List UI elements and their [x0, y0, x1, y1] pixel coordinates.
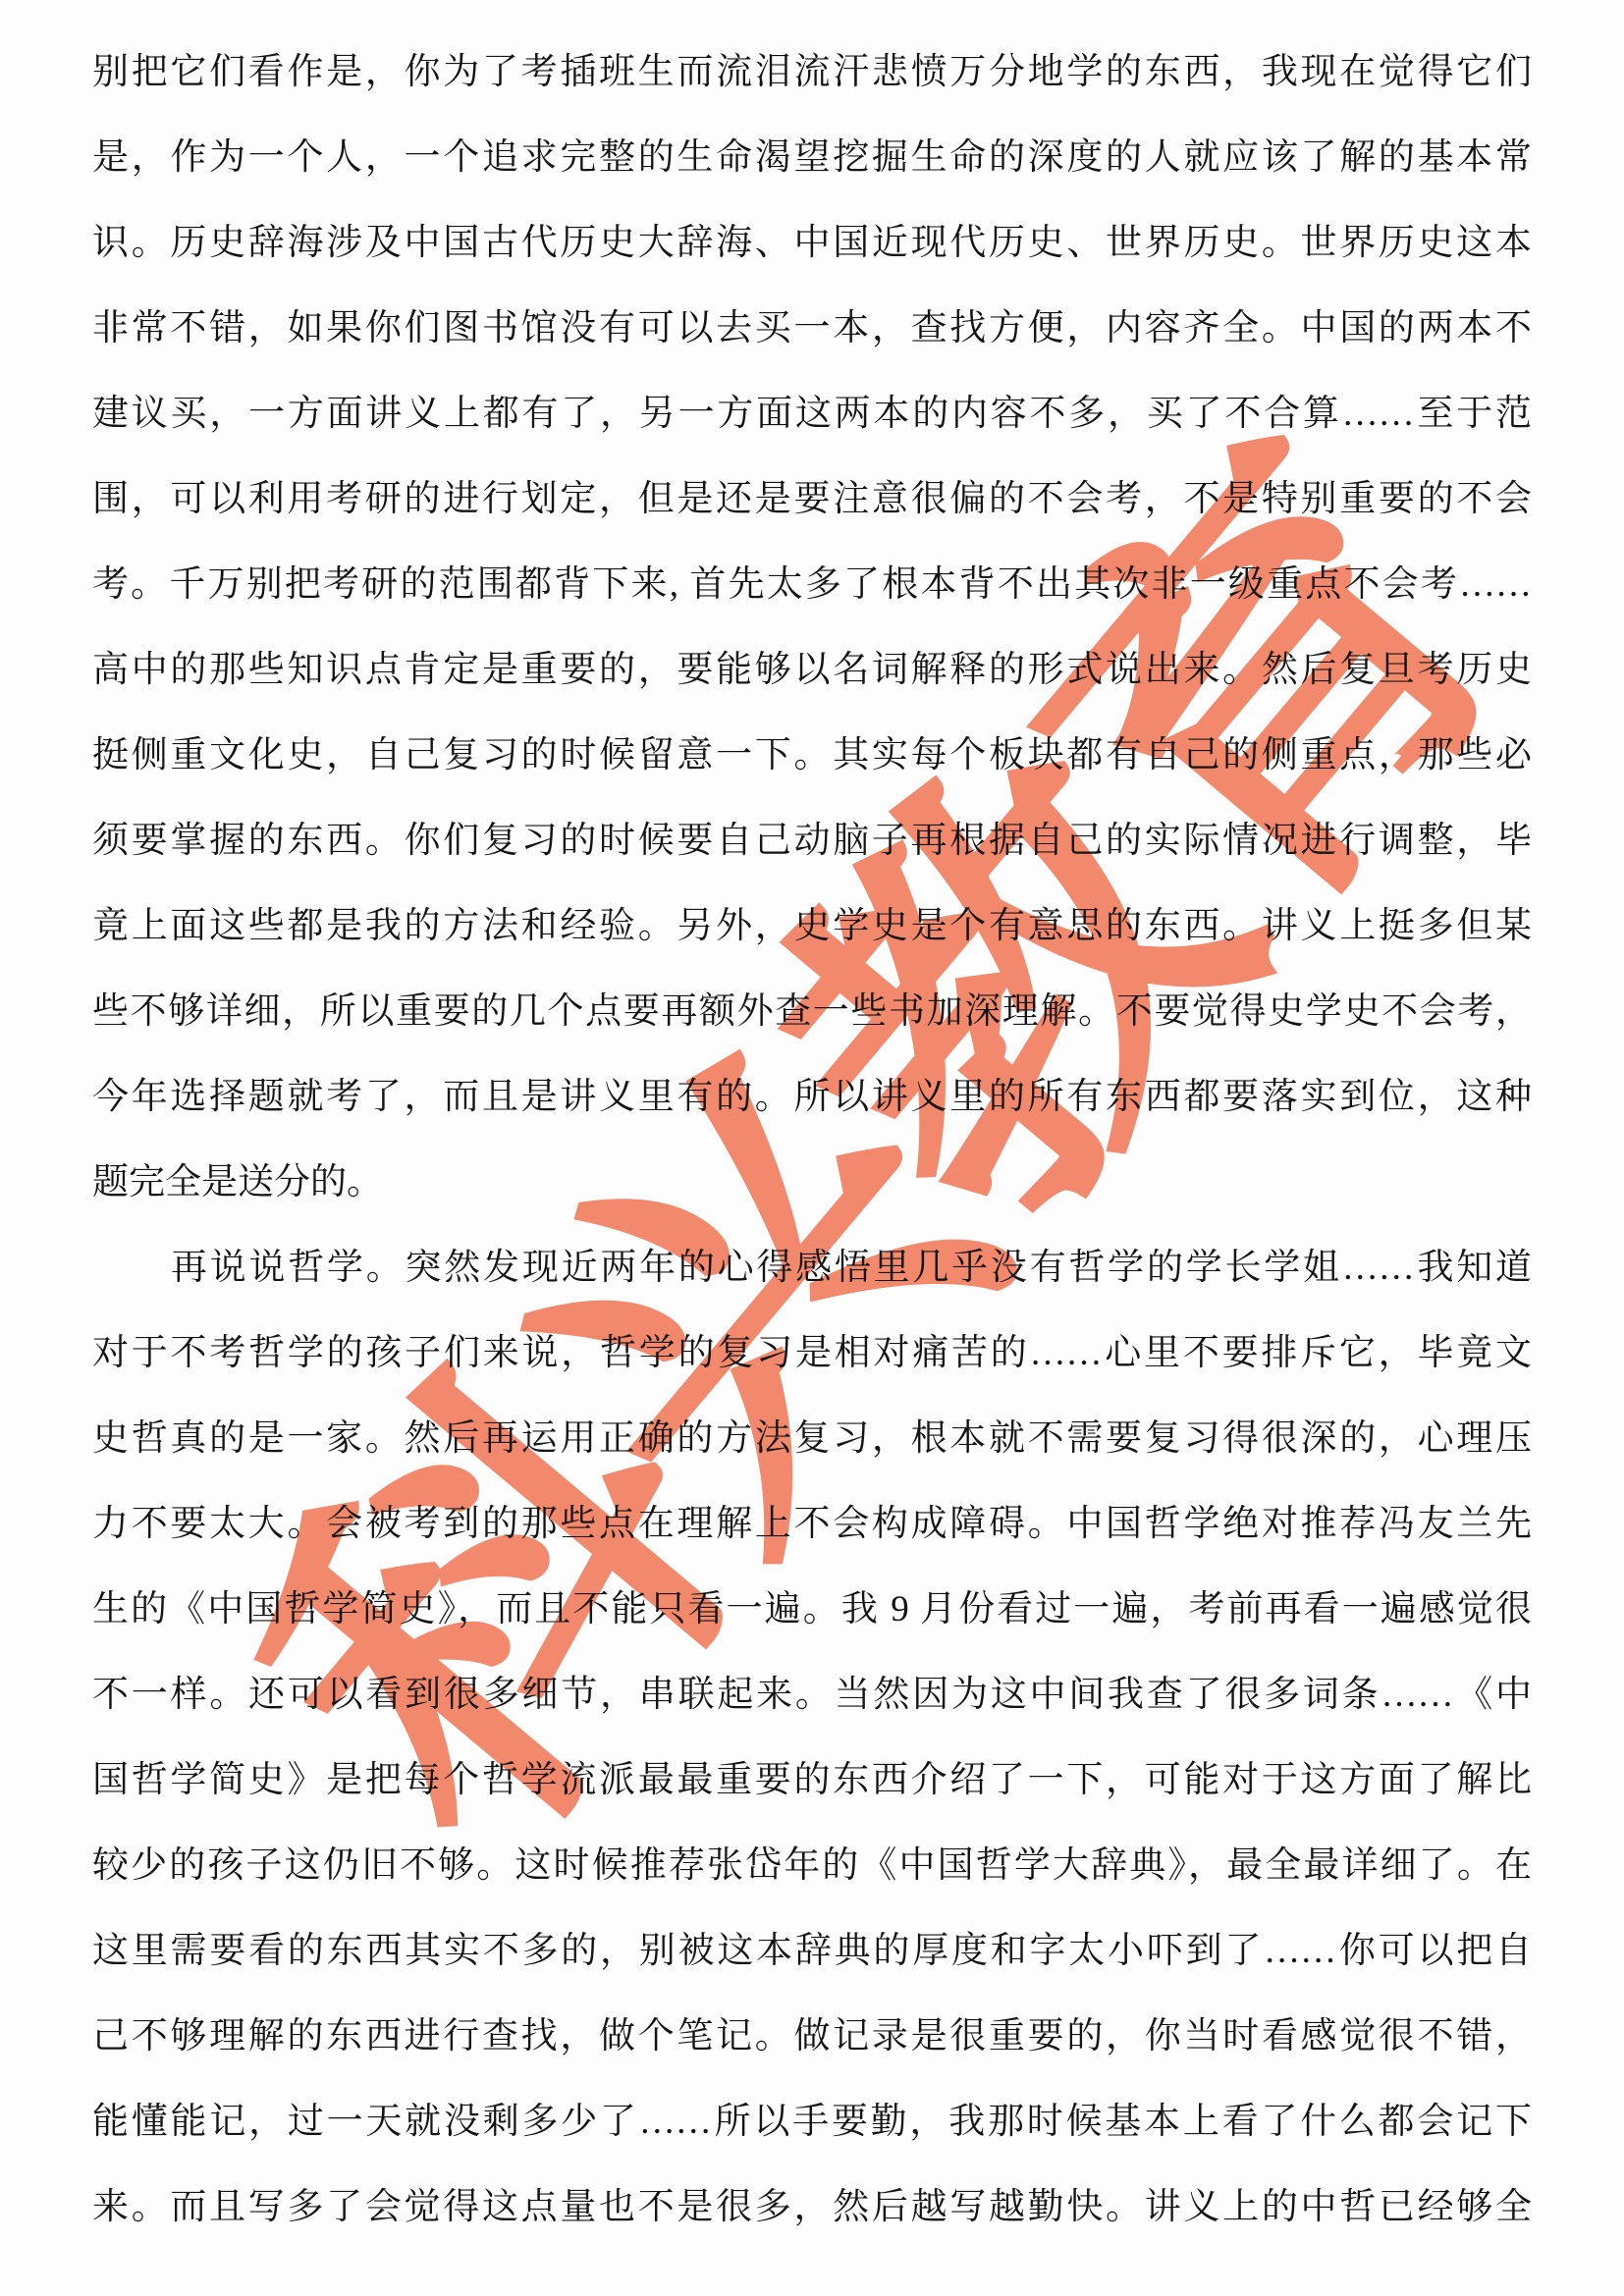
text-line: 不一样。还可以看到很多细节，串联起来。当然因为这中间我查了很多词条……《中 — [92, 1652, 1532, 1737]
text-line: 别把它们看作是，你为了考插班生而流泪流汗悲愤万分地学的东西，我现在觉得它们 — [92, 29, 1532, 115]
text-line: 非常不错，如果你们图书馆没有可以去买一本，查找方便，内容齐全。中国的两本不 — [92, 286, 1532, 371]
text-line: 较少的孩子这仍旧不够。这时候推荐张岱年的《中国哲学大辞典》，最全最详细了。在 — [92, 1823, 1532, 1908]
text-line: 围，可以利用考研的进行划定，但是还是要注意很偏的不会考，不是特别重要的不会 — [92, 456, 1532, 542]
text-line: 高中的那些知识点肯定是重要的，要能够以名词解释的形式说出来。然后复旦考历史 — [92, 627, 1532, 713]
text-line: 生的《中国哲学简史》，而且不能只看一遍。我 9 月份看过一遍，考前再看一遍感觉很 — [92, 1567, 1532, 1652]
text-line: 对于不考哲学的孩子们来说，哲学的复习是相对痛苦的……心里不要排斥它，毕竟文 — [92, 1310, 1532, 1396]
text-line: 史哲真的是一家。然后再运用正确的方法复习，根本就不需要复习得很深的，心理压 — [92, 1396, 1532, 1481]
text-line: 是，作为一个人，一个追求完整的生命渴望挖掘生命的深度的人就应该了解的基本常 — [92, 115, 1532, 200]
text-line: 来。而且写多了会觉得这点量也不是很多，然后越写越勤快。讲义上的中哲已经够全 — [92, 2164, 1532, 2250]
text-line: 这里需要看的东西其实不多的，别被这本辞典的厚度和字太小吓到了……你可以把自 — [92, 1908, 1532, 1994]
text-line: 考。千万别把考研的范围都背下来, 首先太多了根本背不出其次非一级重点不会考…… — [92, 542, 1532, 627]
text-line: 些不够详细，所以重要的几个点要再额外查一些书加深理解。不要觉得史学史不会考， — [92, 969, 1532, 1054]
text-line: 须要掌握的东西。你们复习的时候要自己动脑子再根据自己的实际情况进行调整，毕 — [92, 798, 1532, 883]
text-line: 己不够理解的东西进行查找，做个笔记。做记录是很重要的，你当时看感觉很不错， — [92, 1994, 1532, 2079]
text-line: 国哲学简史》是把每个哲学流派最最重要的东西介绍了一下，可能对于这方面了解比 — [92, 1737, 1532, 1823]
text-line: 能懂能记，过一天就没剩多少了……所以手要勤，我那时候基本上看了什么都会记下 — [92, 2079, 1532, 2164]
text-line: 挺侧重文化史，自己复习的时候留意一下。其实每个板块都有自己的侧重点，那些必 — [92, 713, 1532, 798]
text-line: 识。历史辞海涉及中国古代历史大辞海、中国近现代历史、世界历史。世界历史这本 — [92, 200, 1532, 286]
document-page: 科兴教育 别把它们看作是，你为了考插班生而流泪流汗悲愤万分地学的东西，我现在觉得… — [0, 0, 1624, 2296]
text-block: 别把它们看作是，你为了考插班生而流泪流汗悲愤万分地学的东西，我现在觉得它们是，作… — [92, 29, 1532, 2250]
text-line: 竟上面这些都是我的方法和经验。另外，史学史是个有意思的东西。讲义上挺多但某 — [92, 883, 1532, 969]
text-line: 再说说哲学。突然发现近两年的心得感悟里几乎没有哲学的学长学姐……我知道 — [92, 1225, 1532, 1310]
text-line: 建议买，一方面讲义上都有了，另一方面这两本的内容不多，买了不合算……至于范 — [92, 371, 1532, 456]
text-line: 力不要太大。会被考到的那些点在理解上不会构成障碍。中国哲学绝对推荐冯友兰先 — [92, 1481, 1532, 1567]
text-line: 题完全是送分的。 — [92, 1140, 1532, 1225]
text-line: 今年选择题就考了，而且是讲义里有的。所以讲义里的所有东西都要落实到位，这种 — [92, 1054, 1532, 1140]
